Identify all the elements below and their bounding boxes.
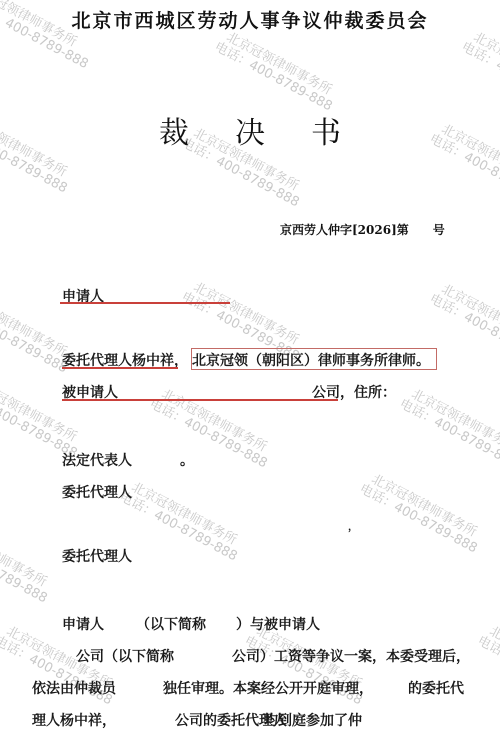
respondent-agent-label-1: 委托代理人 xyxy=(62,485,132,501)
case-number-suffix: 号 xyxy=(433,223,445,237)
comma-mark: ， xyxy=(348,518,358,533)
applicant-underline xyxy=(60,302,230,304)
document-title: 裁决书 xyxy=(0,108,500,152)
case-number: 京西劳人仲字[2026]第号 xyxy=(280,221,445,238)
respondent-agent-row-1: 委托代理人 xyxy=(62,482,132,502)
respondent-agent-label-2: 委托代理人 xyxy=(62,549,132,565)
organization-title: 北京市西城区劳动人事争议仲裁委员会 xyxy=(0,6,500,33)
legal-representative-label: 法定代表人 xyxy=(62,453,132,469)
agent-name-underline xyxy=(62,367,178,369)
respondent-underline xyxy=(62,399,338,401)
body-line-4: 理人杨中祥， 公司的委托代理人 均到庭参加了仲 xyxy=(32,710,116,730)
document-page: 北京冠领律师事务所 电话：400-8789-888 北京冠领律师事务所 电话：4… xyxy=(0,0,500,735)
case-number-prefix: 京西劳人仲字[2026]第 xyxy=(280,223,409,237)
document-content: 北京市西城区劳动人事争议仲裁委员会 裁决书 京西劳人仲字[2026]第号 申请人… xyxy=(0,0,500,735)
body-line-3: 依法由仲裁员 独任审理。本案经公开开庭审理， 的委托代 xyxy=(32,678,116,698)
legal-representative-end: 。 xyxy=(180,450,194,470)
respondent-agent-row-2: 委托代理人 xyxy=(62,546,132,566)
legal-representative-row: 法定代表人。 xyxy=(62,450,132,470)
agent-firm-highlight-box xyxy=(191,348,437,370)
body-line-2: 公司（以下简称 公司）工资等争议一案，本委受理后， xyxy=(76,646,174,666)
body-line-1: 申请人 （以下简称 ）与被申请人 xyxy=(62,614,104,634)
